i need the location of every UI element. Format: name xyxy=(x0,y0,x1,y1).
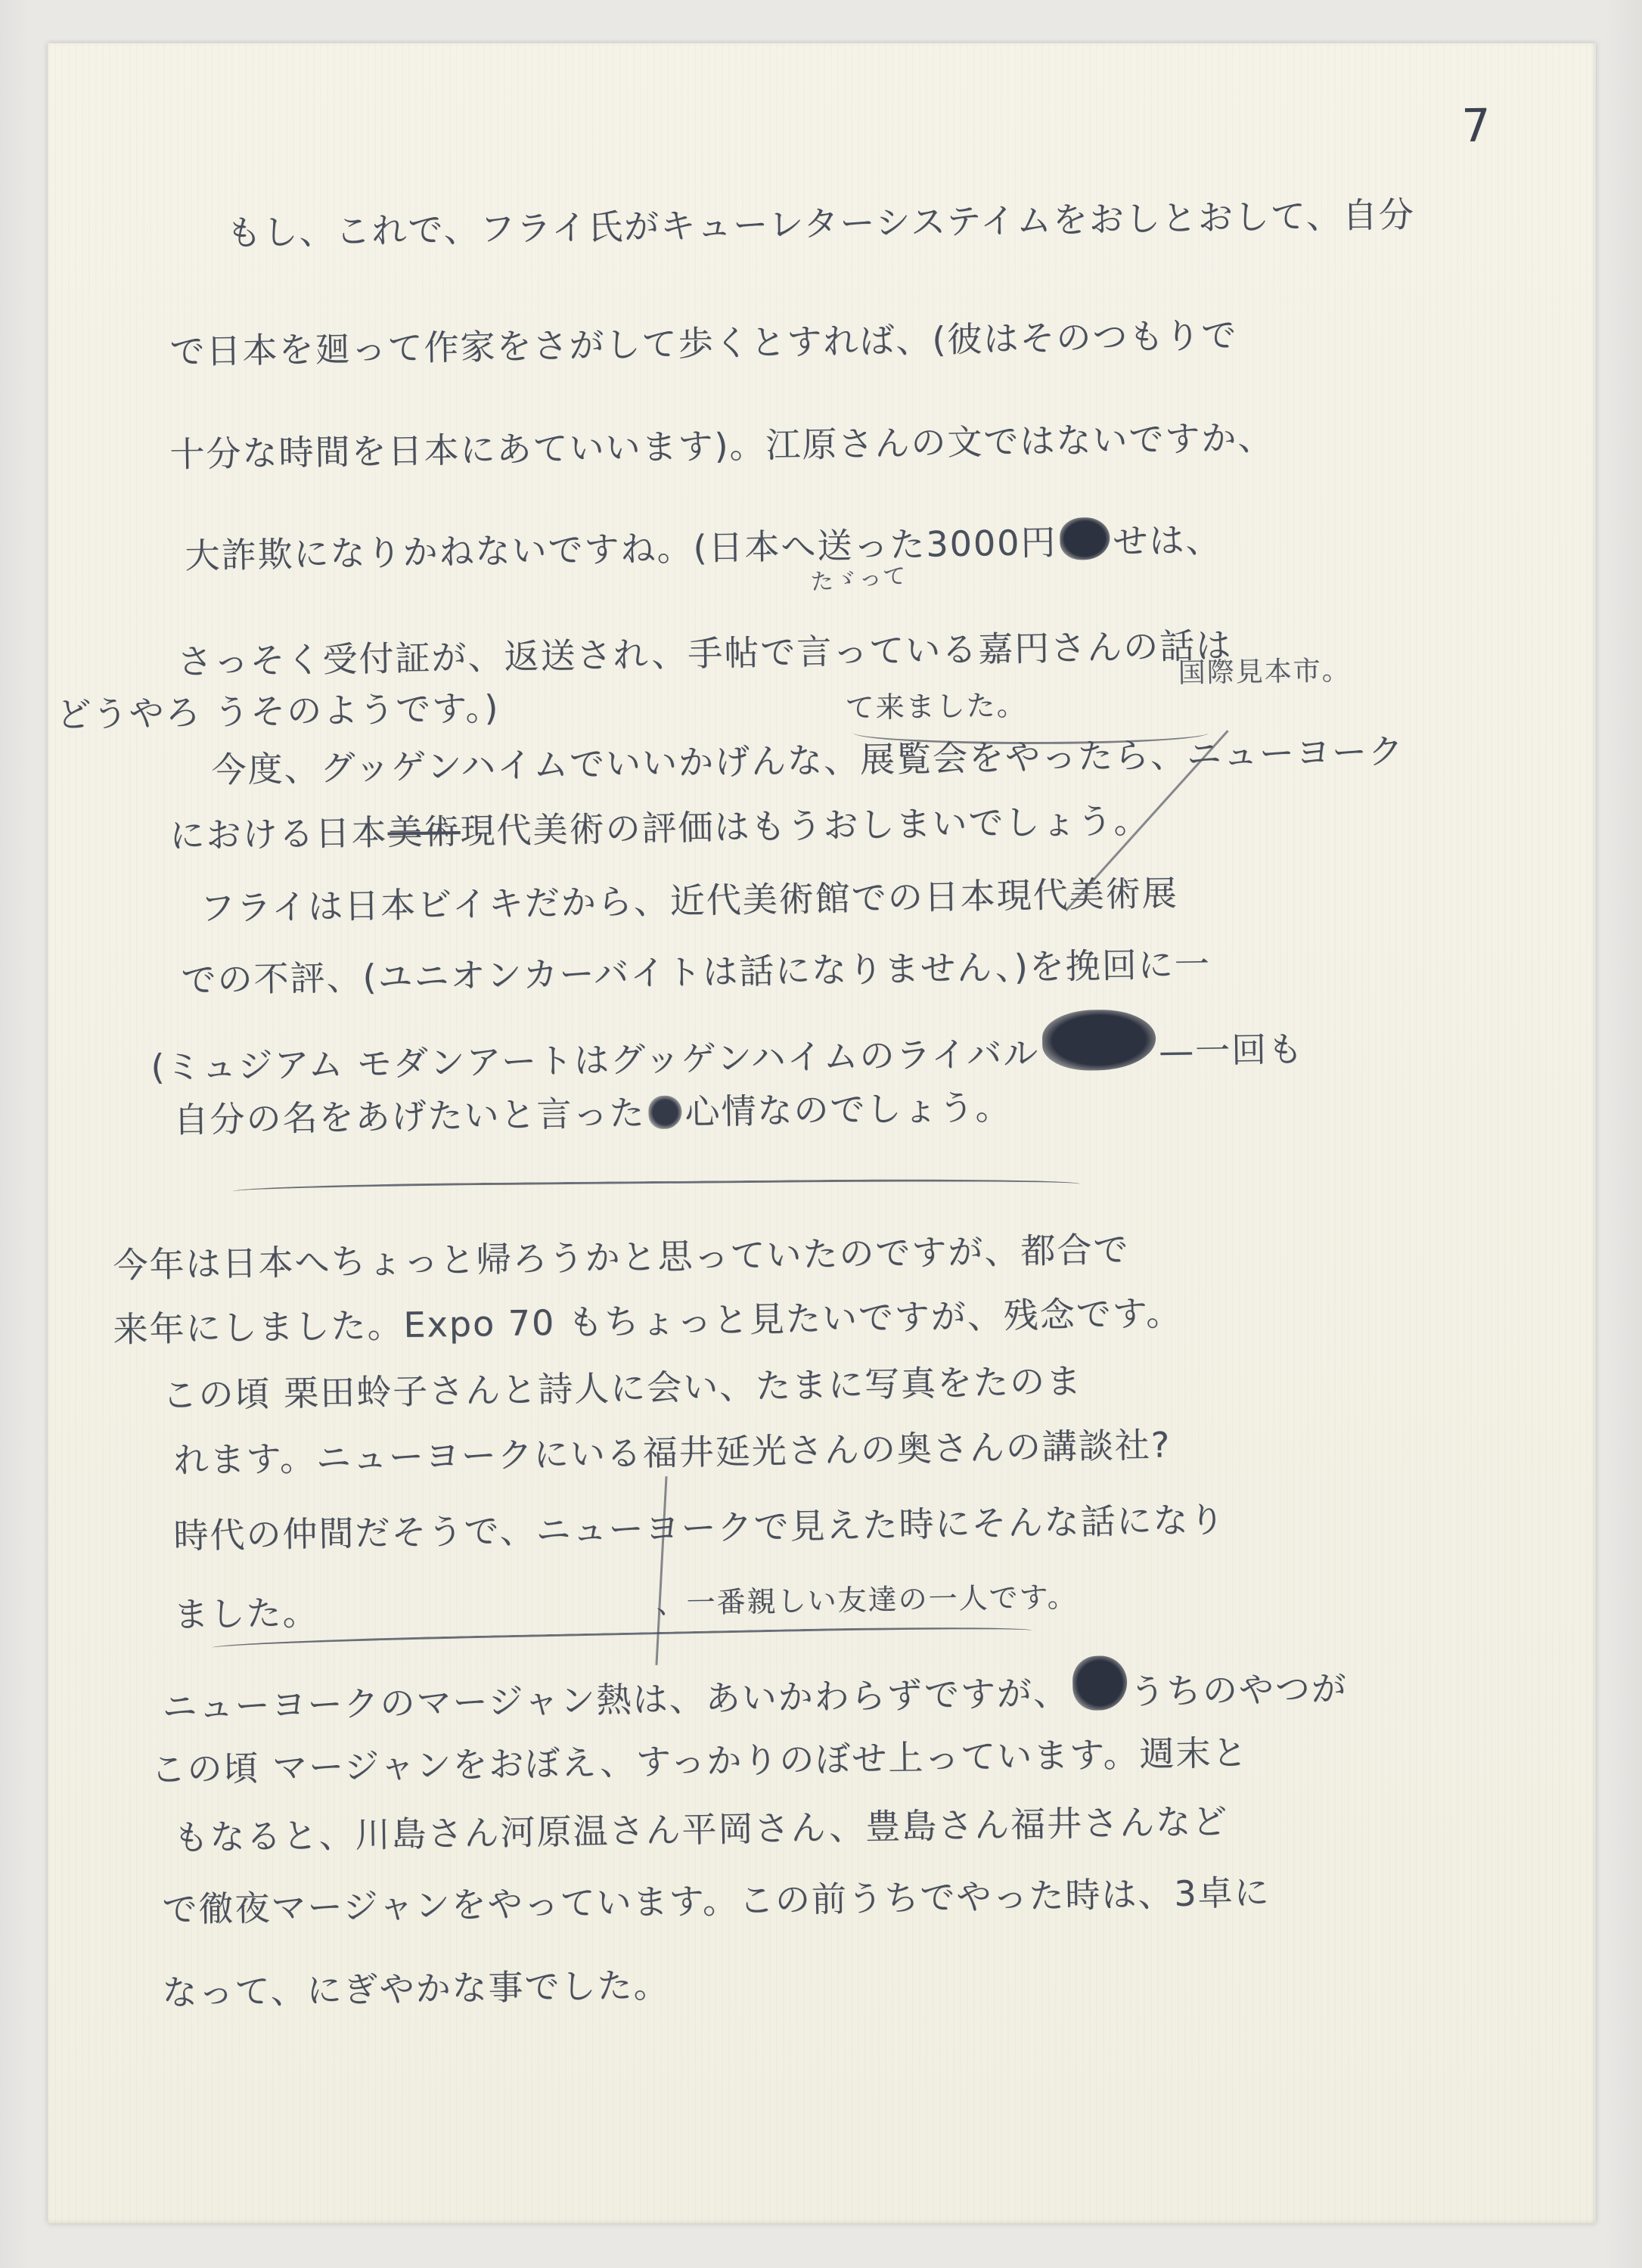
line-text: ニューヨークのマージャン熱は、あいかわらずですが、 xyxy=(162,1672,1069,1727)
handwritten-line: 今年は日本へちょっと帰ろうかと思っていたのですが、都合で xyxy=(113,1222,1130,1288)
handwritten-line: 来年にしました。Expo 70 もちょっと見たいですが、残念です。 xyxy=(113,1286,1183,1352)
handwritten-line: で徹夜マージャンをやっています。この前うちでやった時は、3卓に xyxy=(162,1865,1271,1932)
handwritten-line: この頃 栗田蛉子さんと詩人に会い、たまに写真をたのま xyxy=(162,1354,1083,1418)
handwritten-line: 自分の名をあげたいと言った心情なのでしょう。 xyxy=(173,1080,1012,1143)
ink-scribble xyxy=(648,1095,682,1129)
handwritten-line: 大詐欺になりかねないですね。(日本へ送った3000円せは、 xyxy=(185,512,1222,579)
line-text: —一回も xyxy=(1159,1029,1305,1072)
handwritten-line: (ミュジアム モダンアートはグッゲンハイムのライバル—一回も xyxy=(151,1007,1305,1090)
handwritten-line: 十分な時間を日本にあていいます)。江原さんの文ではないですか、 xyxy=(169,410,1274,477)
handwritten-line: 今度、グッゲンハイムでいいかげんな、展覧会をやったら、ニューヨーク xyxy=(211,724,1405,793)
ink-scribble xyxy=(1041,1009,1156,1071)
ink-scribble xyxy=(1072,1655,1127,1711)
handwritten-line: れます。ニューヨークにいる福井延光さんの奥さんの講談社? xyxy=(173,1417,1172,1483)
handwritten-line: での不評、(ユニオンカーバイトは話になりません、)を挽回に一 xyxy=(181,937,1211,1003)
interlinear-insertion: たゞって xyxy=(809,557,908,597)
interlinear-insertion: て来ました。 xyxy=(845,681,1027,726)
handwritten-line: 時代の仲間だそうで、ニューヨークで見えた時にそんな話になり xyxy=(173,1492,1226,1559)
line-text: うちのやつが xyxy=(1129,1668,1348,1712)
page-number: 7 xyxy=(1461,99,1492,153)
line-text: せは、 xyxy=(1113,519,1222,561)
handwritten-line: で日本を廻って作家をさがして歩くとすれば、(彼はそのつもりで xyxy=(169,308,1238,374)
letter-paper: 7 もし、これで、フライ氏がキューレターシステイムをおしとおして、自分 で日本を… xyxy=(48,43,1596,2223)
handwritten-line: どうやろ うそのようです。) xyxy=(56,681,500,737)
inserted-note: 、一番親しい友達の一人です。 xyxy=(656,1573,1078,1621)
ink-divider-line xyxy=(212,1624,1032,1655)
line-text: 現代美術の評価はもうおしまいでしょう。 xyxy=(460,800,1150,852)
ink-divider-line xyxy=(233,1177,1080,1198)
struck-out-word: 美術 xyxy=(387,811,461,853)
handwritten-line: なって、にぎやかな事でした。 xyxy=(162,1957,670,2015)
handwritten-line: フライは日本ビイキだから、近代美術館での日本現代美術展 xyxy=(200,866,1178,931)
handwritten-line: この頃 マージャンをおぼえ、すっかりのぼせ上っています。週末と xyxy=(151,1725,1249,1792)
margin-note: 国際見本市。 xyxy=(1178,649,1351,690)
handwritten-line: もし、これで、フライ氏がキューレターシステイムをおしとおして、自分 xyxy=(226,187,1415,256)
line-text: 心情なのでしょう。 xyxy=(684,1087,1012,1133)
line-text: (ミュジアム モダンアートはグッゲンハイムのライバル xyxy=(151,1033,1039,1087)
handwritten-line: ニューヨークのマージャン熱は、あいかわらずですが、うちのやつが xyxy=(162,1652,1349,1730)
ink-scribble xyxy=(1060,517,1110,560)
line-text: 自分の名をあげたいと言った xyxy=(173,1092,646,1140)
line-text: 大詐欺になりかねないですね。(日本へ送った3000円 xyxy=(185,522,1057,576)
line-text: における日本 xyxy=(169,811,388,856)
handwritten-line: もなると、川島さん河原温さん平岡さん、豊島さん福井さんなど xyxy=(173,1794,1229,1860)
handwritten-line: ました。 xyxy=(173,1585,319,1637)
handwritten-line: さっそく受付証が、返送され、手帖で言っている嘉円さんの話は xyxy=(177,618,1233,684)
handwritten-line: における日本美術現代美術の評価はもうおしまいでしょう。 xyxy=(169,793,1150,858)
